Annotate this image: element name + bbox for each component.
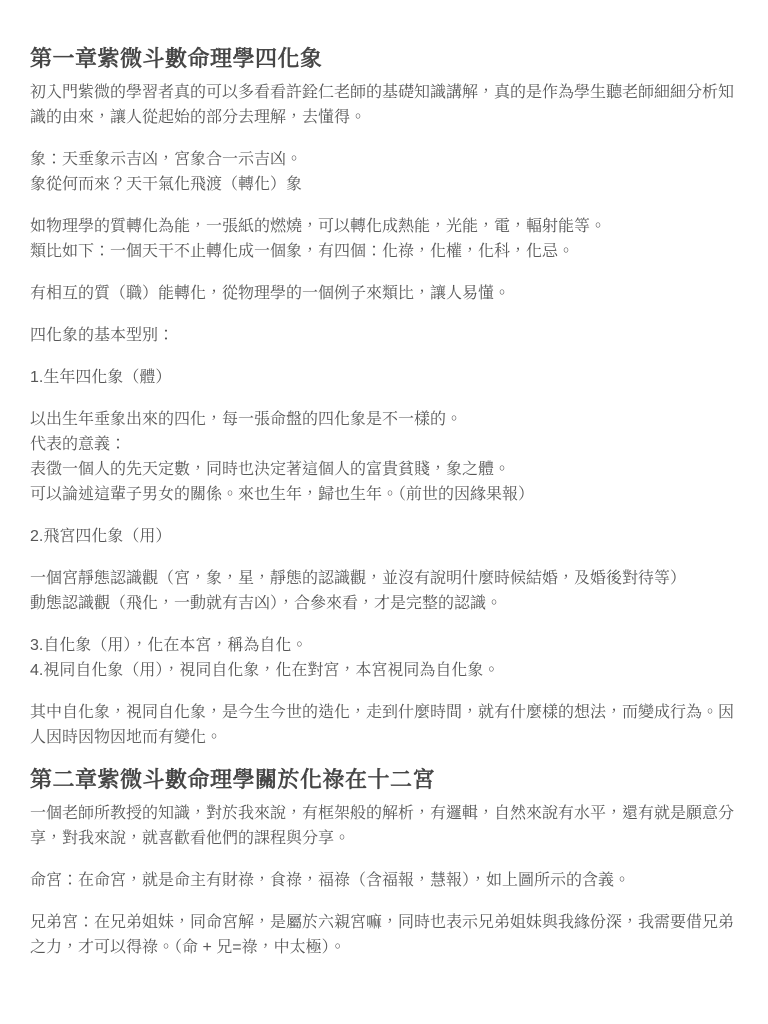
paragraph-physics-analogy: 如物理學的質轉化為能，一張紙的燃燒，可以轉化成熱能，光能，電，輻射能等。 類比如…	[30, 214, 738, 264]
text-line: 4.視同自化象（用），視同自化象，化在對宮，本宮視同為自化象。	[30, 658, 738, 683]
text-line: 其中自化象，視同自化象，是今生今世的造化，走到什麼時間，就有什麼樣的想法，而變成…	[30, 700, 738, 750]
chapter-1-heading: 第一章紫微斗數命理學四化象	[30, 46, 738, 72]
text-line: 命宮：在命宮，就是命主有財祿，食祿，福祿（含福報，慧報），如上圖所示的含義。	[30, 868, 738, 893]
text-line: 表徵一個人的先天定數，同時也決定著這個人的富貴貧賤，象之體。	[30, 457, 738, 482]
paragraph-item-2-title: 2.飛宮四化象（用）	[30, 524, 738, 549]
text-line: 一個宮靜態認識觀（宮，象，星，靜態的認識觀，並沒有說明什麼時候結婚，及婚後對待等…	[30, 566, 738, 591]
chapter-2-heading: 第二章紫微斗數命理學關於化祿在十二宮	[30, 767, 738, 793]
text-line: 1.生年四化象（體）	[30, 365, 738, 390]
paragraph-xiang-definition: 象：天垂象示吉凶，宮象合一示吉凶。 象從何而來？天干氣化飛渡（轉化）象	[30, 147, 738, 197]
paragraph-intro-ch1: 初入門紫微的學習者真的可以多看看許銓仁老師的基礎知識講解，真的是作為學生聽老師細…	[30, 80, 738, 130]
text-line: 象：天垂象示吉凶，宮象合一示吉凶。	[30, 147, 738, 172]
text-line: 3.自化象（用），化在本宮，稱為自化。	[30, 633, 738, 658]
text-line: 代表的意義：	[30, 432, 738, 457]
text-line: 可以論述這輩子男女的關係。來也生年，歸也生年。（前世的因緣果報）	[30, 482, 738, 507]
text-line: 以出生年垂象出來的四化，每一張命盤的四化象是不一樣的。	[30, 407, 738, 432]
text-line: 2.飛宮四化象（用）	[30, 524, 738, 549]
text-line: 兄弟宮：在兄弟姐妹，同命宮解，是屬於六親宮嘛，同時也表示兄弟姐妹與我緣份深，我需…	[30, 910, 738, 960]
text-line: 類比如下：一個天干不止轉化成一個象，有四個：化祿，化權，化科，化忌。	[30, 239, 738, 264]
paragraph-item-1-body: 以出生年垂象出來的四化，每一張命盤的四化象是不一樣的。 代表的意義： 表徵一個人…	[30, 407, 738, 507]
paragraph-self-hua-summary: 其中自化象，視同自化象，是今生今世的造化，走到什麼時間，就有什麼樣的想法，而變成…	[30, 700, 738, 750]
paragraph-sibling-palace: 兄弟宮：在兄弟姐妹，同命宮解，是屬於六親宮嘛，同時也表示兄弟姐妹與我緣份深，我需…	[30, 910, 738, 960]
text-line: 初入門紫微的學習者真的可以多看看許銓仁老師的基礎知識講解，真的是作為學生聽老師細…	[30, 80, 738, 130]
document-page: 第一章紫微斗數命理學四化象 初入門紫微的學習者真的可以多看看許銓仁老師的基礎知識…	[0, 0, 768, 1024]
text-line: 象從何而來？天干氣化飛渡（轉化）象	[30, 172, 738, 197]
text-line: 如物理學的質轉化為能，一張紙的燃燒，可以轉化成熱能，光能，電，輻射能等。	[30, 214, 738, 239]
paragraph-item-1-title: 1.生年四化象（體）	[30, 365, 738, 390]
paragraph-energy-conversion: 有相互的質（職）能轉化，從物理學的一個例子來類比，讓人易懂。	[30, 281, 738, 306]
paragraph-item-2-body: 一個宮靜態認識觀（宮，象，星，靜態的認識觀，並沒有說明什麼時候結婚，及婚後對待等…	[30, 566, 738, 616]
text-line: 一個老師所教授的知識，對於我來說，有框架般的解析，有邏輯，自然來說有水平，還有就…	[30, 801, 738, 851]
text-line: 四化象的基本型別：	[30, 323, 738, 348]
text-line: 動態認識觀（飛化，一動就有吉凶），合參來看，才是完整的認識。	[30, 591, 738, 616]
paragraph-intro-ch2: 一個老師所教授的知識，對於我來說，有框架般的解析，有邏輯，自然來說有水平，還有就…	[30, 801, 738, 851]
paragraph-items-3-4: 3.自化象（用），化在本宮，稱為自化。 4.視同自化象（用），視同自化象，化在對…	[30, 633, 738, 683]
paragraph-ming-palace: 命宮：在命宮，就是命主有財祿，食祿，福祿（含福報，慧報），如上圖所示的含義。	[30, 868, 738, 893]
text-line: 有相互的質（職）能轉化，從物理學的一個例子來類比，讓人易懂。	[30, 281, 738, 306]
paragraph-basic-types-label: 四化象的基本型別：	[30, 323, 738, 348]
